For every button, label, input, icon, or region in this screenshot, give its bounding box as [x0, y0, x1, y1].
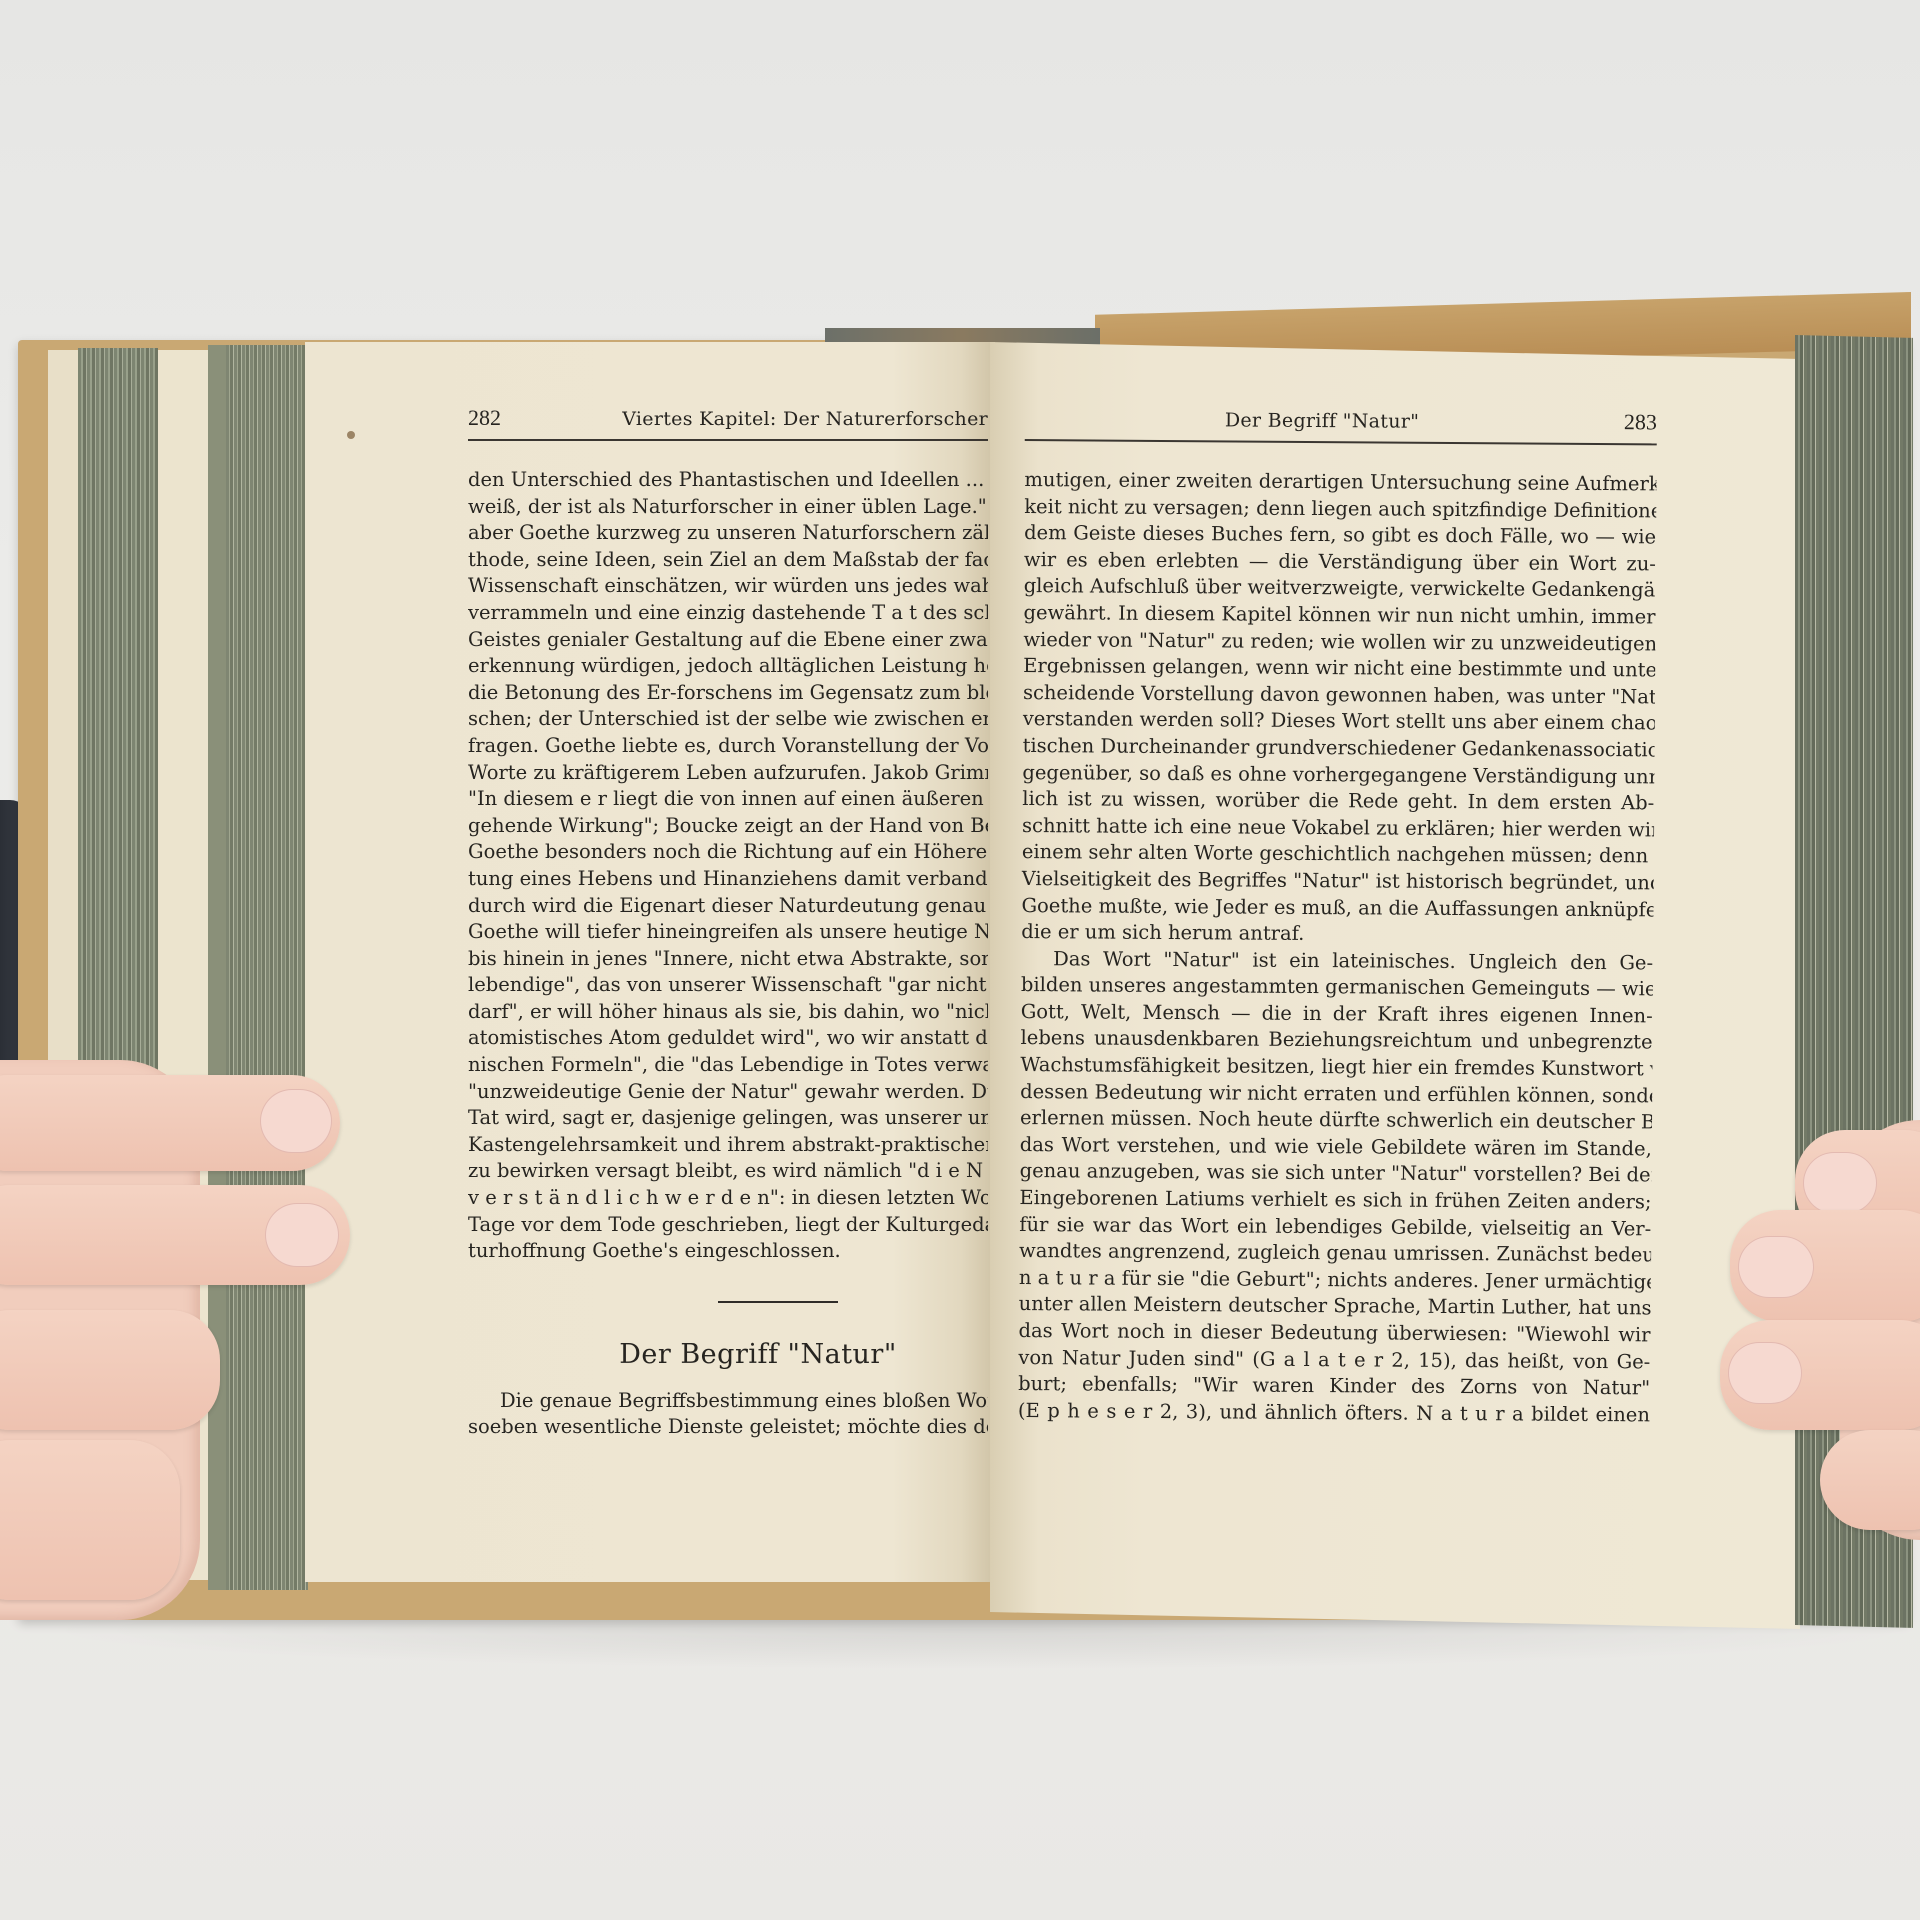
text-line: Ergebnissen gelangen, wenn wir nicht ein… — [1023, 653, 1655, 684]
text-line: "unzweideutige Genie der Natur" gewahr w… — [468, 1079, 988, 1106]
text-line: Goethe besonders noch die Richtung auf e… — [468, 839, 988, 866]
text-line: wandtes angrenzend, zugleich genau umris… — [1019, 1238, 1651, 1269]
text-line: erkennung würdigen, jedoch alltäglichen … — [468, 653, 988, 680]
text-line: fragen. Goethe liebte es, durch Voranste… — [468, 733, 988, 760]
text-line: durch wird die Eigenart dieser Naturdeut… — [468, 893, 988, 920]
right-running-header: Der Begriff "Natur" 283 — [1025, 405, 1657, 445]
text-line: dem Geiste dieses Buches fern, so gibt e… — [1024, 520, 1656, 551]
text-line: tung eines Hebens und Hinanziehens damit… — [468, 866, 988, 893]
text-line: bis hinein in jenes "Innere, nicht etwa … — [468, 946, 988, 973]
text-line: das Wort noch in dieser Bedeutung überwi… — [1018, 1318, 1650, 1349]
text-line: weiß, der ist als Naturforscher in einer… — [468, 494, 988, 521]
text-line: v e r s t ä n d l i c h w e r d e n": in… — [468, 1185, 988, 1212]
page-number: 282 — [468, 405, 501, 431]
text-line: gehende Wirkung"; Boucke zeigt an der Ha… — [468, 813, 988, 840]
text-line: Die genaue Begriffsbestimmung eines bloß… — [468, 1388, 988, 1415]
text-line: gewährt. In diesem Kapitel können wir nu… — [1023, 600, 1655, 631]
left-page-text: 282 Viertes Kapitel: Der Naturerforscher… — [468, 405, 988, 1441]
text-line: atomistisches Atom geduldet wird", wo wi… — [468, 1025, 988, 1052]
text-line: den Unterschied des Phantastischen und I… — [468, 467, 988, 494]
section-divider — [718, 1301, 838, 1303]
text-line: Tat wird, sagt er, dasjenige gelingen, w… — [468, 1105, 988, 1132]
text-line: Geistes genialer Gestaltung auf die Eben… — [468, 627, 988, 654]
text-line: Vielseitigkeit des Begriffes "Natur" ist… — [1022, 866, 1654, 897]
text-line: thode, seine Ideen, sein Ziel an dem Maß… — [468, 547, 988, 574]
text-line: soeben wesentliche Dienste geleistet; mö… — [468, 1414, 988, 1441]
paper-spot — [347, 431, 355, 439]
page-edge-block — [226, 345, 308, 1590]
text-line: zu bewirken versagt bleibt, es wird näml… — [468, 1158, 988, 1185]
text-line: aber Goethe kurzweg zu unseren Naturfors… — [468, 520, 988, 547]
photo-scene: 282 Viertes Kapitel: Der Naturerforscher… — [0, 0, 1920, 1920]
text-line: turhoffnung Goethe's eingeschlossen. — [468, 1238, 988, 1265]
text-line: (E p h e s e r 2, 3), und ähnlich öfters… — [1018, 1398, 1650, 1429]
text-line: nischen Formeln", die "das Lebendige in … — [468, 1052, 988, 1079]
text-line: Tage vor dem Tode geschrieben, liegt der… — [468, 1212, 988, 1239]
text-line: Kastengelehrsamkeit und ihrem abstrakt-p… — [468, 1132, 988, 1159]
text-line: erlernen müssen. Noch heute dürfte schwe… — [1020, 1105, 1652, 1136]
text-line: burt; ebenfalls; "Wir waren Kinder des Z… — [1018, 1371, 1650, 1402]
text-line: lebendige", das von unserer Wissenschaft… — [468, 972, 988, 999]
text-line: Goethe will tiefer hineingreifen als uns… — [468, 919, 988, 946]
text-line: Worte zu kräftigerem Leben aufzurufen. J… — [468, 760, 988, 787]
text-line: Eingeborenen Latiums verhielt es sich in… — [1019, 1185, 1651, 1216]
text-line: lich ist zu wissen, worüber die Rede geh… — [1022, 786, 1654, 817]
text-line: Wissenschaft einschätzen, wir würden uns… — [468, 573, 988, 600]
page-number: 283 — [1624, 409, 1657, 435]
running-head: Der Begriff "Natur" — [1225, 409, 1419, 432]
text-line: verrammeln und eine einzig dastehende T … — [468, 600, 988, 627]
section-heading: Der Begriff "Natur" — [528, 1339, 988, 1370]
text-line: "In diesem e r liegt die von innen auf e… — [468, 786, 988, 813]
left-running-header: 282 Viertes Kapitel: Der Naturerforscher — [468, 405, 988, 441]
text-line: schen; der Unterschied ist der selbe wie… — [468, 706, 988, 733]
right-page-text: Der Begriff "Natur" 283 mutigen, einer z… — [1018, 405, 1657, 1429]
text-line: darf", er will höher hinaus als sie, bis… — [468, 999, 988, 1026]
running-head: Viertes Kapitel: Der Naturerforscher — [622, 408, 988, 430]
text-line: die Betonung des Er-forschens im Gegensa… — [468, 680, 988, 707]
text-line: bilden unseres angestammten germanischen… — [1021, 972, 1653, 1003]
text-line: tischen Durcheinander grundverschiedener… — [1023, 733, 1655, 764]
text-line: Wachstumsfähigkeit besitzen, liegt hier … — [1020, 1052, 1652, 1083]
text-line: mutigen, einer zweiten derartigen Unters… — [1024, 467, 1656, 498]
text-line: die er um sich herum antraf. — [1021, 919, 1653, 950]
